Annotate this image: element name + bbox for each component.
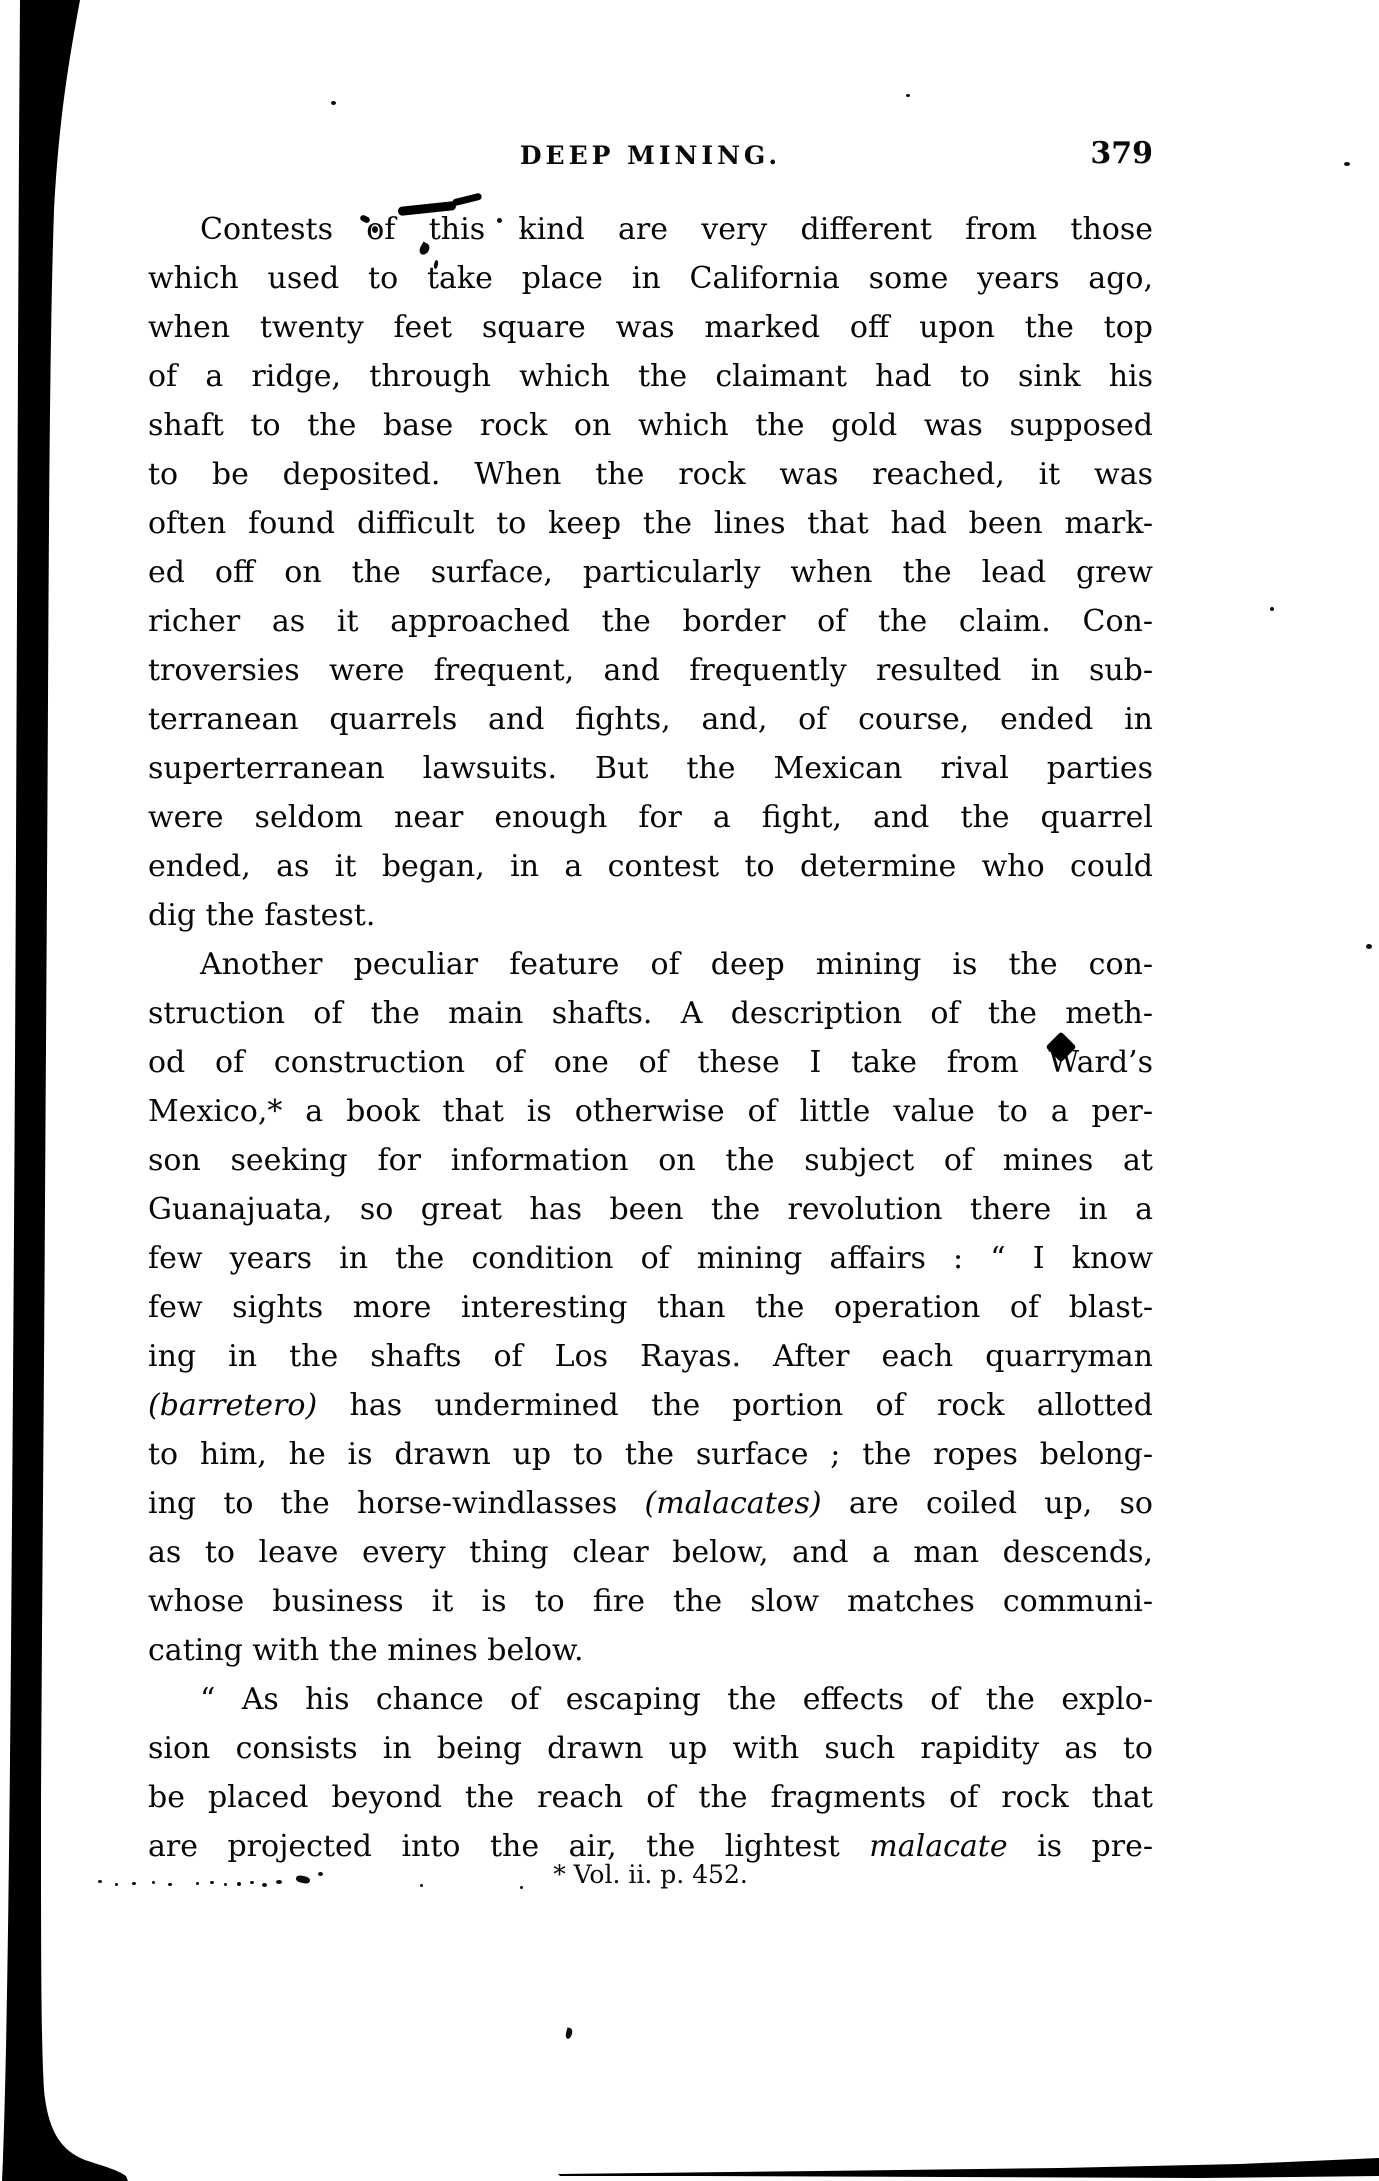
footnote-dot xyxy=(262,1883,267,1887)
text-line: of a ridge, through which the claimant h… xyxy=(148,352,1153,401)
text-line: richer as it approached the border of th… xyxy=(148,597,1153,646)
running-title: DEEP MINING. xyxy=(148,139,1153,173)
text-segment: ing to the horse-windlasses xyxy=(148,1486,644,1521)
ink-speck xyxy=(906,94,910,97)
text-segment: often found difficult to keep the lines … xyxy=(148,506,1153,541)
text-line: Guanajuata, so great has been the revolu… xyxy=(148,1185,1153,1234)
text-segment: Another peculiar feature of deep mining … xyxy=(200,947,1153,982)
ink-speck xyxy=(1366,944,1372,949)
text-line: troversies were frequent, and frequently… xyxy=(148,646,1153,695)
ink-speck xyxy=(372,226,378,233)
text-line: ed off on the surface, particularly when… xyxy=(148,548,1153,597)
footnote-dot xyxy=(152,1881,155,1884)
footnote-dot xyxy=(276,1880,282,1884)
footnote-dot xyxy=(250,1881,254,1884)
text-segment: sion consists in being drawn up with suc… xyxy=(148,1731,1153,1766)
text-line: when twenty feet square was marked off u… xyxy=(148,303,1153,352)
text-segment: terranean quarrels and fights, and, of c… xyxy=(148,702,1153,737)
page-number: 379 xyxy=(1043,136,1153,172)
ink-speck xyxy=(521,229,525,233)
text-line: whose business it is to fire the slow ma… xyxy=(148,1577,1153,1626)
footnote-dot xyxy=(420,1884,423,1887)
footnote-dot xyxy=(210,1881,214,1884)
text-line: “ As his chance of escaping the effects … xyxy=(148,1675,1153,1724)
text-segment: which used to take place in California s… xyxy=(148,261,1153,296)
text-segment: Guanajuata, so great has been the revolu… xyxy=(148,1192,1153,1227)
text-line: Mexico,* a book that is otherwise of lit… xyxy=(148,1087,1153,1136)
text-line: to be deposited. When the rock was reach… xyxy=(148,450,1153,499)
text-segment: whose business it is to fire the slow ma… xyxy=(148,1584,1153,1619)
footnote-dot xyxy=(318,1872,323,1876)
text-line: cating with the mines below. xyxy=(148,1626,1153,1675)
text-line: as to leave every thing clear below, and… xyxy=(148,1528,1153,1577)
text-segment: of a ridge, through which the claimant h… xyxy=(148,359,1153,394)
footnote-dot xyxy=(237,1882,241,1886)
text-segment: as to leave every thing clear below, and… xyxy=(148,1535,1153,1570)
text-segment: when twenty feet square was marked off u… xyxy=(148,310,1153,345)
ink-speck xyxy=(1270,607,1274,611)
text-segment: richer as it approached the border of th… xyxy=(148,604,1153,639)
text-segment: dig the fastest. xyxy=(148,898,375,933)
text-segment: cating with the mines below. xyxy=(148,1633,584,1668)
ink-speck xyxy=(331,101,336,105)
text-segment: Contests of this kind are very different… xyxy=(200,212,1153,247)
text-line: ing in the shafts of Los Rayas. After ea… xyxy=(148,1332,1153,1381)
footnote-dot xyxy=(168,1883,172,1886)
text-line: terranean quarrels and fights, and, of c… xyxy=(148,695,1153,744)
text-line: to him, he is drawn up to the surface ; … xyxy=(148,1430,1153,1479)
text-segment: few sights more interesting than the ope… xyxy=(148,1290,1153,1325)
text-segment: “ As his chance of escaping the effects … xyxy=(200,1682,1153,1717)
footnote-dot xyxy=(132,1882,136,1885)
book-page: DEEP MINING. 379 Contests of this kind a… xyxy=(0,0,1379,2181)
footnote-dot xyxy=(224,1883,227,1886)
text-segment: od of construction of one of these I tak… xyxy=(148,1045,1153,1080)
page-text: Contests of this kind are very different… xyxy=(148,205,1153,1871)
text-segment: son seeking for information on the subje… xyxy=(148,1143,1153,1178)
text-line: few sights more interesting than the ope… xyxy=(148,1283,1153,1332)
text-line: were seldom near enough for a fight, and… xyxy=(148,793,1153,842)
text-segment: ended, as it began, in a contest to dete… xyxy=(148,849,1153,884)
footnote-dot xyxy=(196,1882,199,1885)
text-segment: shaft to the base rock on which the gold… xyxy=(148,408,1153,443)
text-line: dig the fastest. xyxy=(148,891,1153,940)
text-segment: are coiled up, so xyxy=(822,1486,1153,1521)
text-segment: ed off on the surface, particularly when… xyxy=(148,555,1153,590)
text-segment: struction of the main shafts. A descript… xyxy=(148,996,1153,1031)
text-line: (barretero) has undermined the portion o… xyxy=(148,1381,1153,1430)
ink-speck xyxy=(497,218,502,223)
text-line: od of construction of one of these I tak… xyxy=(148,1038,1153,1087)
text-line: sion consists in being drawn up with suc… xyxy=(148,1724,1153,1773)
text-line: struction of the main shafts. A descript… xyxy=(148,989,1153,1038)
text-segment: few years in the condition of mining aff… xyxy=(148,1241,1153,1276)
italic-term: (barretero) xyxy=(148,1388,317,1423)
text-segment: to be deposited. When the rock was reach… xyxy=(148,457,1153,492)
text-segment: to him, he is drawn up to the surface ; … xyxy=(148,1437,1153,1472)
text-segment: were seldom near enough for a fight, and… xyxy=(148,800,1153,835)
text-segment: troversies were frequent, and frequently… xyxy=(148,653,1153,688)
text-line: Another peculiar feature of deep mining … xyxy=(148,940,1153,989)
text-line: be placed beyond the reach of the fragme… xyxy=(148,1773,1153,1822)
text-line: shaft to the base rock on which the gold… xyxy=(148,401,1153,450)
text-segment: has undermined the portion of rock allot… xyxy=(317,1388,1153,1423)
text-line: which used to take place in California s… xyxy=(148,254,1153,303)
text-line: few years in the condition of mining aff… xyxy=(148,1234,1153,1283)
text-line: Contests of this kind are very different… xyxy=(148,205,1153,254)
text-segment: superterranean lawsuits. But the Mexican… xyxy=(148,751,1153,786)
footnote-dot xyxy=(98,1880,102,1883)
italic-term: (malacates) xyxy=(644,1486,821,1521)
text-line: son seeking for information on the subje… xyxy=(148,1136,1153,1185)
text-line: ing to the horse-windlasses (malacates) … xyxy=(148,1479,1153,1528)
text-segment: Mexico,* a book that is otherwise of lit… xyxy=(148,1094,1153,1129)
text-line: ended, as it began, in a contest to dete… xyxy=(148,842,1153,891)
footnote-dot xyxy=(520,1886,523,1889)
text-line: superterranean lawsuits. But the Mexican… xyxy=(148,744,1153,793)
text-line: often found difficult to keep the lines … xyxy=(148,499,1153,548)
footnote-dot xyxy=(115,1883,118,1886)
ink-speck xyxy=(565,2027,574,2039)
text-segment: ing in the shafts of Los Rayas. After ea… xyxy=(148,1339,1153,1374)
ink-speck xyxy=(1344,162,1350,166)
text-segment: be placed beyond the reach of the fragme… xyxy=(148,1780,1153,1815)
